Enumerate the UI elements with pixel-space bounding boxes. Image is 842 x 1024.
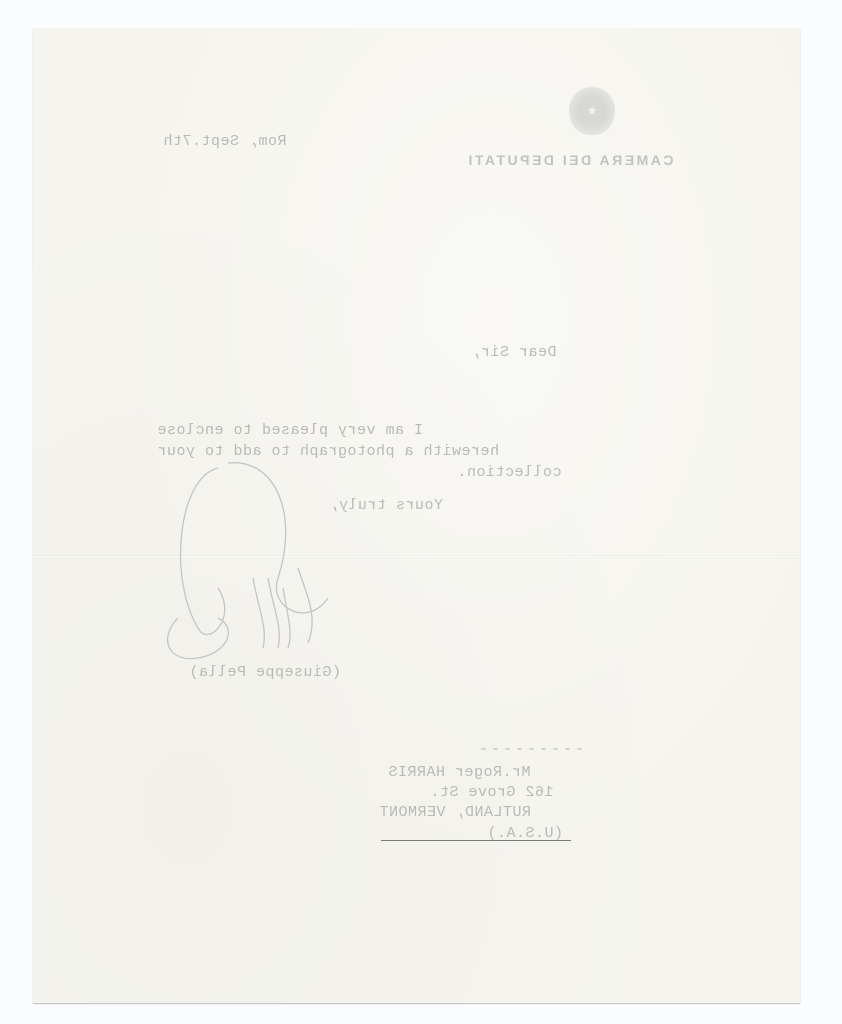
body-line-1: I am very pleased to enclose (157, 421, 487, 441)
italian-republic-emblem-icon: ★ (569, 86, 615, 136)
date-line: Rom, Sept.7th (163, 132, 287, 152)
letter-sheet: ★ CAMERA DEI DEPUTATI Rom, Sept.7th Dear… (33, 28, 800, 1003)
separator-line: --------- (476, 740, 584, 760)
salutation: Dear Sir, (471, 343, 557, 363)
letterhead-institution: CAMERA DEI DEPUTATI (466, 152, 673, 168)
handwritten-signature (158, 458, 348, 668)
signatory-name: (Giuseppe Pella) (189, 663, 341, 683)
paper-fold (33, 555, 800, 558)
recipient-city: RUTLAND, VERMONT (379, 803, 531, 823)
body-line-3: collection. (457, 463, 562, 483)
recipient-street: 162 Grove St. (430, 783, 554, 803)
recipient-name: Mr.Roger HARRIS (388, 763, 531, 783)
recipient-country: (U.S.A.) (487, 824, 563, 844)
